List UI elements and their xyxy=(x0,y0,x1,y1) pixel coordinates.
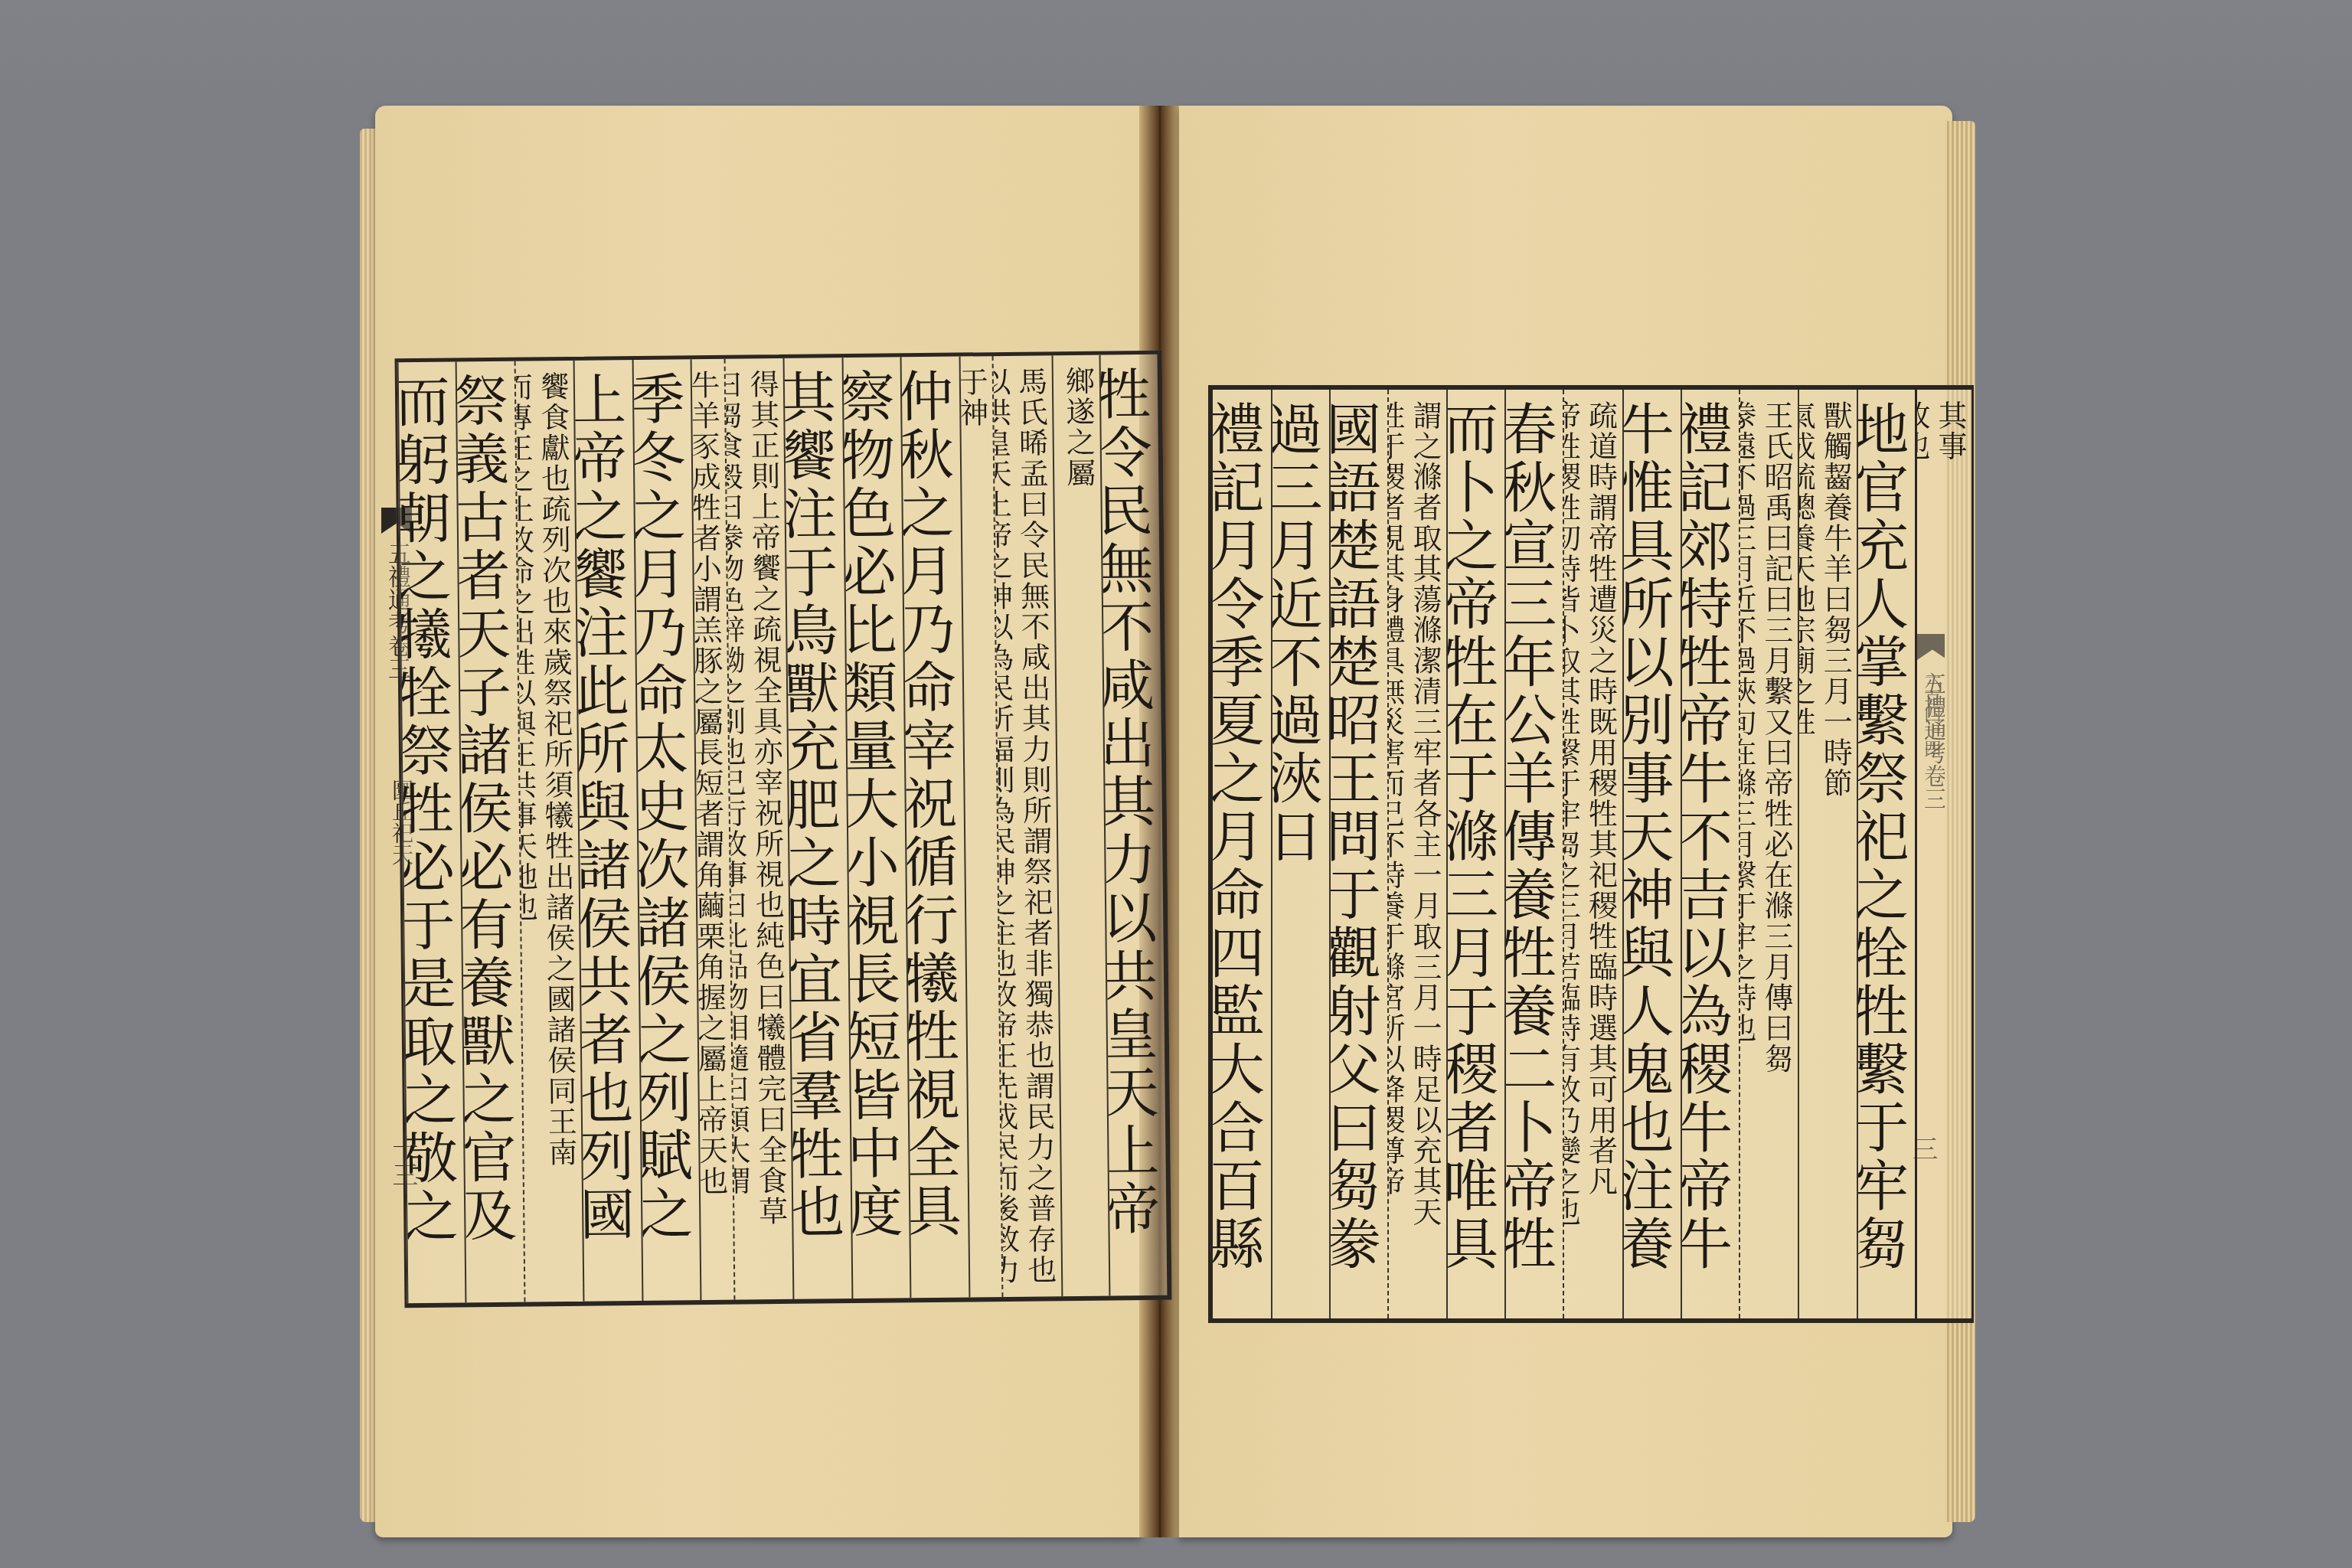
annotation-line: 獸觸齧養牛羊曰芻三月一時節 xyxy=(1817,400,1854,1318)
left-text-frame: 牲令民無不咸出其力以共皇天上帝之神 鄉遂之屬 馬氏晞孟曰令民無不咸出其力則所謂祭… xyxy=(395,351,1172,1308)
text-column: 春秋宣三年公羊傳養牲養二卜帝牲不吉則扳稷牲 xyxy=(1504,390,1563,1318)
annotation-line: 牲于稷者視其身體具無災害而已不特養于滌宮所以降稷尊帝 xyxy=(1387,400,1406,1318)
text-column: 察物色必比類量大小視長短皆中度五者備當上帝 xyxy=(841,357,910,1298)
annotation-column: 馬氏晞孟曰令民無不咸出其力則所謂祭祀者非獨恭也謂民力之普存也 以供皇天上帝之神以… xyxy=(992,355,1061,1297)
annotation-line: 鄉遂之屬 xyxy=(1059,366,1106,1296)
text-column: 上帝之饗注此所與諸侯共者也列國有大小賦之犧牲大者出多小者出少 xyxy=(573,360,642,1302)
text-column: 仲秋之月乃命宰祝循行犧牲視全具案芻豢瞻肥瘠 xyxy=(900,357,969,1298)
right-text-frame: 其事 故也 地官充人掌繫祭祀之牷牲繫于牢芻之三月注牢閑也必有閑者防禽 獸觸齧養牛… xyxy=(1208,385,1974,1323)
text-column: 而躬朝之犧牷祭牲必于是取之敬之至也君名牛納 xyxy=(397,361,465,1303)
annotation-line: 氣成疏總養天地宗廟之牲 xyxy=(1798,400,1817,1318)
text-column: 禮記月令季夏之月命四監大合百縣之秩芻以養犧 xyxy=(1213,390,1271,1318)
text-column: 其饗注于鳥獸充肥之時宜省羣牲也五者謂所視所案所瞻所察所量也此皆 xyxy=(783,358,851,1299)
annotation-column: 疏道時謂帝牲遭災之時既用稷牲其祀稷牲臨時選其可用者凡 帝牲稷牲初時皆卜取其牲繫于… xyxy=(1563,390,1622,1318)
annotation-column: 獸觸齧養牛羊曰芻三月一時節 氣成疏總養天地宗廟之牲 xyxy=(1798,390,1857,1318)
text-column: 而卜之帝牲在于滌三月于稷者唯具是視注滌宮名養帝 xyxy=(1446,390,1504,1318)
annotation-column: 謂之滌者取其蕩滌潔清三牢者各主一月取三月一時足以充其天 牲于稷者視其身體具無災害… xyxy=(1387,390,1446,1318)
annotation-line: 其事 xyxy=(1932,400,1968,1318)
annotation-line: 豢遠不過三月近不過浹旬在滌三月繫于牢之時也 xyxy=(1739,400,1758,1318)
text-column: 祭義古者天子諸侯必有養獸之官及歲時齊戒沐浴 xyxy=(456,361,524,1303)
annotation-line: 故也 xyxy=(1915,400,1932,1318)
text-column: 地官充人掌繫祭祀之牷牲繫于牢芻之三月注牢閑也必有閑者防禽 xyxy=(1857,390,1915,1318)
annotation-line: 王氏昭禹曰記曰三月繫又曰帝牲必在滌三月傳曰芻 xyxy=(1758,400,1795,1318)
text-column: 牛惟具所以別事天神與人鬼也注養牲必養二也滌牢中所搜 xyxy=(1622,390,1681,1318)
annotation-column: 得其正則上帝饗之疏視全具亦宰祝所視也純色曰犧體完曰全食草 曰芻食穀曰豢物色騂黝之… xyxy=(724,358,793,1300)
annotation-line: 帝牲稷牲初時皆卜取其牲繫于牢芻之三月若臨時有故乃變之也 xyxy=(1563,400,1582,1318)
right-columns: 其事 故也 地官充人掌繫祭祀之牷牲繫于牢芻之三月注牢閑也必有閑者防禽 獸觸齧養牛… xyxy=(1213,390,1971,1318)
annotation-column: 鄉遂之屬 xyxy=(1051,355,1109,1297)
annotation-column: 王氏昭禹曰記曰三月繫又曰帝牲必在滌三月傳曰芻 豢遠不過三月近不過浹旬在滌三月繫于… xyxy=(1739,390,1798,1318)
annotation-column: 其事 故也 xyxy=(1915,390,1971,1318)
text-column: 禮記郊特牲帝牛不吉以為稷牛帝牛必在滌三月稷 xyxy=(1681,390,1739,1318)
text-column: 過三月近不過浹日 xyxy=(1271,390,1329,1318)
text-column: 牲令民無不咸出其力以共皇天上帝之神 xyxy=(1099,354,1167,1296)
text-column: 國語楚語楚昭王問于觀射父曰芻豢幾何對曰遠不 xyxy=(1329,390,1387,1318)
open-book: 五禮通考卷三 圜丘祀天 十三 六百四十四 五禮通考卷三 三 牲令民無不咸出其力以… xyxy=(360,90,1975,1553)
text-column: 季冬之月乃命太史次諸侯之列賦之犧牲以供皇天 xyxy=(632,359,700,1301)
annotation-line: 疏道時謂帝牲遭災之時既用稷牲其祀稷牲臨時選其可用者凡 xyxy=(1583,400,1619,1318)
left-columns: 牲令民無不咸出其力以共皇天上帝之神 鄉遂之屬 馬氏晞孟曰令民無不咸出其力則所謂祭… xyxy=(397,354,1168,1303)
annotation-line: 謂之滌者取其蕩滌潔清三牢者各主一月取三月一時足以充其天 xyxy=(1406,400,1443,1318)
annotation-column: 饗食獻也疏列次也來歲祭祀所須犧牲出諸侯之國諸侯同王南 而專王之土故命之出牲以與王… xyxy=(514,361,583,1302)
